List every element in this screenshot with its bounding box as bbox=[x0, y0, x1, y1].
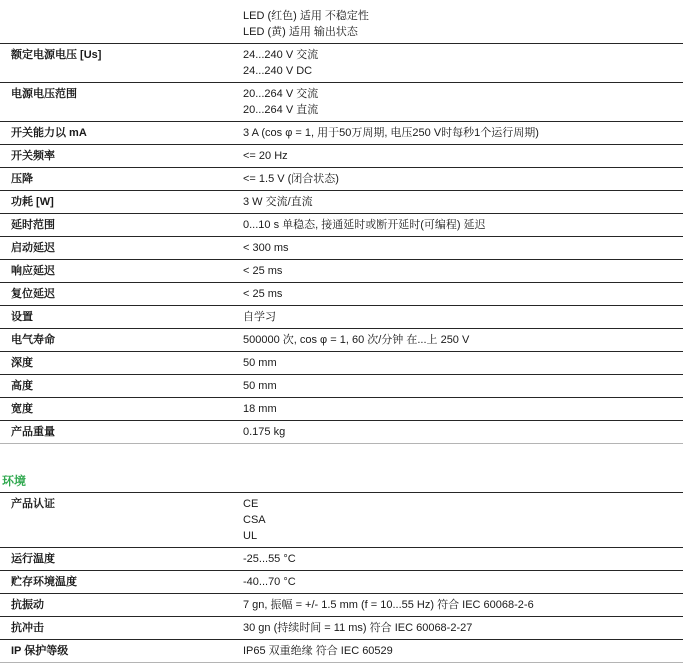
spec-value: 24...240 V 交流24...240 V DC bbox=[243, 44, 683, 83]
spec-row: 启动延迟< 300 ms bbox=[0, 237, 683, 260]
spec-value: 0...10 s 单稳态, 接通延时或断开延时(可编程) 延迟 bbox=[243, 214, 683, 237]
spec-row: 电源电压范围20...264 V 交流20...264 V 直流 bbox=[0, 83, 683, 122]
spec-value: 7 gn, 振幅 = +/- 1.5 mm (f = 10...55 Hz) 符… bbox=[243, 594, 683, 617]
spec-row: 复位延迟< 25 ms bbox=[0, 283, 683, 306]
spec-row: LED (红色) 适用 不稳定性LED (黄) 适用 输出状态 bbox=[0, 5, 683, 44]
spec-value-line: <= 20 Hz bbox=[243, 148, 677, 164]
spec-value-line: 50 mm bbox=[243, 378, 677, 394]
spec-value: LED (红色) 适用 不稳定性LED (黄) 适用 输出状态 bbox=[243, 5, 683, 44]
spec-value: < 25 ms bbox=[243, 260, 683, 283]
spec-value-line: 30 gn (持续时间 = 11 ms) 符合 IEC 60068-2-27 bbox=[243, 620, 677, 636]
spec-value: IP65 双重绝缘 符合 IEC 60529 bbox=[243, 640, 683, 663]
spec-value-line: 自学习 bbox=[243, 309, 677, 325]
spec-row: 设置自学习 bbox=[0, 306, 683, 329]
datasheet-page: LED (红色) 适用 不稳定性LED (黄) 适用 输出状态额定电源电压 [U… bbox=[0, 0, 683, 663]
spec-value-line: LED (红色) 适用 不稳定性 bbox=[243, 8, 677, 24]
spec-value-line: 50 mm bbox=[243, 355, 677, 371]
spec-value: < 300 ms bbox=[243, 237, 683, 260]
spec-label: 产品重量 bbox=[0, 421, 243, 444]
spec-row: 运行温度-25...55 °C bbox=[0, 548, 683, 571]
spec-value: CECSAUL bbox=[243, 493, 683, 548]
spec-value-line: 24...240 V 交流 bbox=[243, 47, 677, 63]
spec-value-line: 18 mm bbox=[243, 401, 677, 417]
spec-label: 抗振动 bbox=[0, 594, 243, 617]
spec-label: 设置 bbox=[0, 306, 243, 329]
spec-value-line: < 25 ms bbox=[243, 286, 677, 302]
spec-label: 压降 bbox=[0, 168, 243, 191]
spec-table-main: LED (红色) 适用 不稳定性LED (黄) 适用 输出状态额定电源电压 [U… bbox=[0, 5, 683, 444]
spec-row: 压降<= 1.5 V (闭合状态) bbox=[0, 168, 683, 191]
spec-label: 额定电源电压 [Us] bbox=[0, 44, 243, 83]
spec-value-line: -40...70 °C bbox=[243, 574, 677, 590]
spec-table-environment: 产品认证CECSAUL运行温度-25...55 °C贮存环境温度-40...70… bbox=[0, 492, 683, 663]
spec-label: 电源电压范围 bbox=[0, 83, 243, 122]
spec-value-line: 0...10 s 单稳态, 接通延时或断开延时(可编程) 延迟 bbox=[243, 217, 677, 233]
spec-value: -40...70 °C bbox=[243, 571, 683, 594]
spec-row: 开关能力以 mA3 A (cos φ = 1, 用于50万周期, 电压250 V… bbox=[0, 122, 683, 145]
spec-value-line: LED (黄) 适用 输出状态 bbox=[243, 24, 677, 40]
spec-value-line: 3 A (cos φ = 1, 用于50万周期, 电压250 V时每秒1个运行周… bbox=[243, 125, 677, 141]
spec-value-line: CE bbox=[243, 496, 677, 512]
spec-row: 产品重量0.175 kg bbox=[0, 421, 683, 444]
section-title-environment: 环境 bbox=[2, 474, 683, 488]
spec-label: 高度 bbox=[0, 375, 243, 398]
spec-value: 50 mm bbox=[243, 375, 683, 398]
spec-value-line: <= 1.5 V (闭合状态) bbox=[243, 171, 677, 187]
spec-row: 延时范围0...10 s 单稳态, 接通延时或断开延时(可编程) 延迟 bbox=[0, 214, 683, 237]
spec-value: 3 W 交流/直流 bbox=[243, 191, 683, 214]
spec-value: 30 gn (持续时间 = 11 ms) 符合 IEC 60068-2-27 bbox=[243, 617, 683, 640]
spec-value-line: UL bbox=[243, 528, 677, 544]
spec-row: 产品认证CECSAUL bbox=[0, 493, 683, 548]
spec-label: IP 保护等级 bbox=[0, 640, 243, 663]
spec-value: <= 1.5 V (闭合状态) bbox=[243, 168, 683, 191]
spec-value: 18 mm bbox=[243, 398, 683, 421]
spec-value: <= 20 Hz bbox=[243, 145, 683, 168]
spec-value-line: 20...264 V 直流 bbox=[243, 102, 677, 118]
spec-label: 开关频率 bbox=[0, 145, 243, 168]
spec-label: 延时范围 bbox=[0, 214, 243, 237]
spec-table-environment-body: 产品认证CECSAUL运行温度-25...55 °C贮存环境温度-40...70… bbox=[0, 493, 683, 663]
spec-value: < 25 ms bbox=[243, 283, 683, 306]
spec-row: 贮存环境温度-40...70 °C bbox=[0, 571, 683, 594]
spec-table-main-body: LED (红色) 适用 不稳定性LED (黄) 适用 输出状态额定电源电压 [U… bbox=[0, 5, 683, 444]
spec-row: 抗振动7 gn, 振幅 = +/- 1.5 mm (f = 10...55 Hz… bbox=[0, 594, 683, 617]
spec-row: 高度50 mm bbox=[0, 375, 683, 398]
spec-label: 宽度 bbox=[0, 398, 243, 421]
spec-row: IP 保护等级IP65 双重绝缘 符合 IEC 60529 bbox=[0, 640, 683, 663]
spec-label: 贮存环境温度 bbox=[0, 571, 243, 594]
spec-value: 20...264 V 交流20...264 V 直流 bbox=[243, 83, 683, 122]
spec-label: 功耗 [W] bbox=[0, 191, 243, 214]
spec-row: 响应延迟< 25 ms bbox=[0, 260, 683, 283]
spec-value: 自学习 bbox=[243, 306, 683, 329]
spec-value-line: 500000 次, cos φ = 1, 60 次/分钟 在...上 250 V bbox=[243, 332, 677, 348]
spec-value-line: < 25 ms bbox=[243, 263, 677, 279]
spec-label: 产品认证 bbox=[0, 493, 243, 548]
spec-value-line: 24...240 V DC bbox=[243, 63, 677, 79]
spec-row: 功耗 [W]3 W 交流/直流 bbox=[0, 191, 683, 214]
spec-label: 响应延迟 bbox=[0, 260, 243, 283]
spec-value-line: 0.175 kg bbox=[243, 424, 677, 440]
spec-row: 电气寿命500000 次, cos φ = 1, 60 次/分钟 在...上 2… bbox=[0, 329, 683, 352]
spec-row: 宽度18 mm bbox=[0, 398, 683, 421]
spec-label: 深度 bbox=[0, 352, 243, 375]
spec-label: 电气寿命 bbox=[0, 329, 243, 352]
spec-label: 复位延迟 bbox=[0, 283, 243, 306]
spec-value-line: < 300 ms bbox=[243, 240, 677, 256]
spec-row: 深度50 mm bbox=[0, 352, 683, 375]
spec-value-line: -25...55 °C bbox=[243, 551, 677, 567]
spec-value: 50 mm bbox=[243, 352, 683, 375]
spec-value-line: 20...264 V 交流 bbox=[243, 86, 677, 102]
spec-label: 启动延迟 bbox=[0, 237, 243, 260]
spec-label: 抗冲击 bbox=[0, 617, 243, 640]
spec-value: -25...55 °C bbox=[243, 548, 683, 571]
spec-row: 开关频率<= 20 Hz bbox=[0, 145, 683, 168]
spec-value-line: 3 W 交流/直流 bbox=[243, 194, 677, 210]
spec-value: 500000 次, cos φ = 1, 60 次/分钟 在...上 250 V bbox=[243, 329, 683, 352]
spec-label: 开关能力以 mA bbox=[0, 122, 243, 145]
spec-value: 0.175 kg bbox=[243, 421, 683, 444]
spec-value-line: 7 gn, 振幅 = +/- 1.5 mm (f = 10...55 Hz) 符… bbox=[243, 597, 677, 613]
spec-row: 抗冲击30 gn (持续时间 = 11 ms) 符合 IEC 60068-2-2… bbox=[0, 617, 683, 640]
spec-label bbox=[0, 5, 243, 44]
spec-value-line: CSA bbox=[243, 512, 677, 528]
spec-row: 额定电源电压 [Us]24...240 V 交流24...240 V DC bbox=[0, 44, 683, 83]
spec-value: 3 A (cos φ = 1, 用于50万周期, 电压250 V时每秒1个运行周… bbox=[243, 122, 683, 145]
spec-label: 运行温度 bbox=[0, 548, 243, 571]
spec-value-line: IP65 双重绝缘 符合 IEC 60529 bbox=[243, 643, 677, 659]
